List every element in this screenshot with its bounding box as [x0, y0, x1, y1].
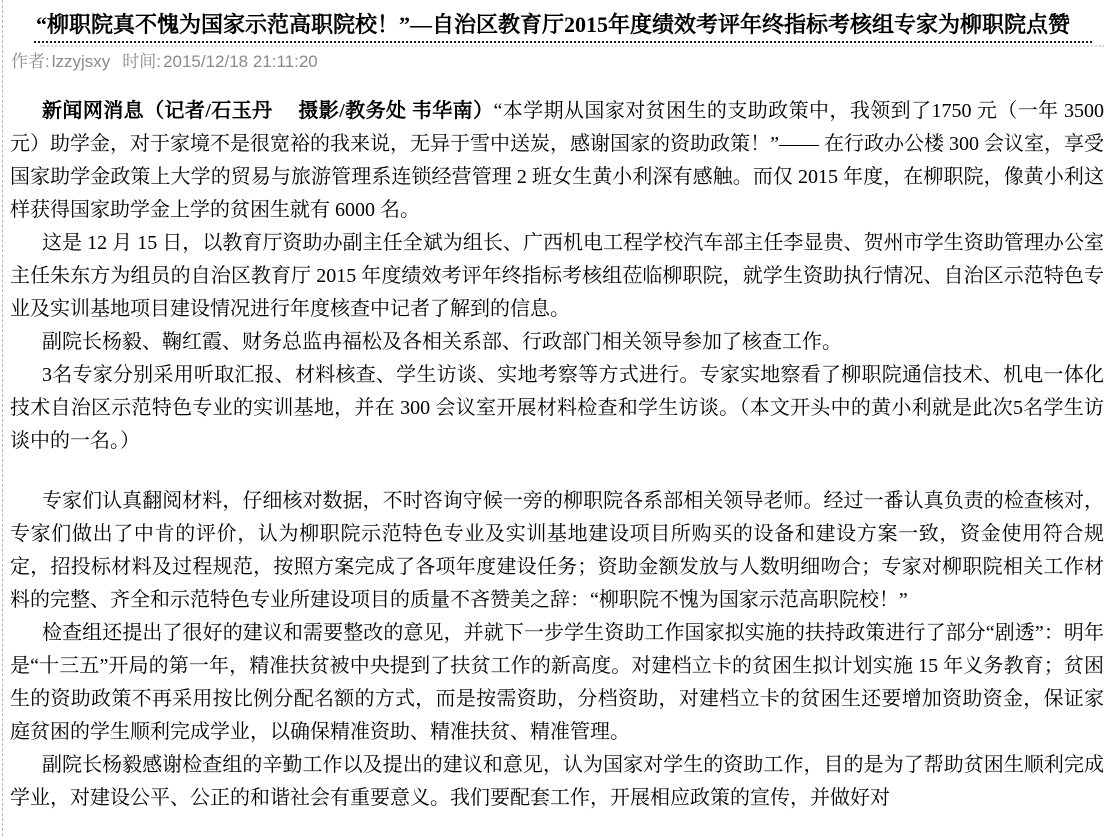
author-label: 作者:: [11, 52, 50, 71]
time-label: 时间:: [122, 52, 161, 71]
time-value: 2015/12/18 21:11:20: [163, 52, 318, 71]
paragraph-text: 3名专家分别采用听取汇报、材料核查、学生访谈、实地考察等方式进行。专家实地察看了…: [10, 364, 1104, 452]
paragraph: 专家们认真翻阅材料，仔细核对数据，不时咨询守候一旁的柳职院各系部相关领导老师。经…: [10, 485, 1104, 617]
title-separator: [10, 41, 1104, 49]
author-value: lzzyjsxy: [52, 52, 111, 71]
article-body: 新闻网消息（记者/石玉丹 摄影/教务处 韦华南）“本学期从国家对贫困生的支助政策…: [10, 95, 1104, 815]
paragraph-text: 检查组还提出了很好的建议和需要整改的意见，并就下一步学生资助工作国家拟实施的扶持…: [10, 622, 1104, 743]
article-title: “柳职院真不愧为国家示范高职院校！”—自治区教育厅2015年度绩效考评年终指标考…: [10, 10, 1090, 39]
paragraph-lead: 新闻网消息（记者/石玉丹 摄影/教务处 韦华南）: [42, 100, 493, 122]
article-page: “柳职院真不愧为国家示范高职院校！”—自治区教育厅2015年度绩效考评年终指标考…: [0, 0, 1112, 836]
page-left-dashed-border: [2, 0, 3, 836]
paragraph-text: 副院长杨毅、鞠红霞、财务总监冉福松及各相关系部、行政部门相关领导参加了核查工作。: [42, 331, 842, 353]
paragraph: 副院长杨毅、鞠红霞、财务总监冉福松及各相关系部、行政部门相关领导参加了核查工作。: [10, 326, 1104, 359]
title-separator-dotted-line: [34, 41, 1092, 43]
paragraph: 这是 12 月 15 日，以教育厅资助办副主任全斌为组长、广西机电工程学校汽车部…: [10, 227, 1104, 326]
paragraph-text: 副院长杨毅感谢检查组的辛勤工作以及提出的建议和意见，认为国家对学生的资助工作，目…: [10, 754, 1104, 809]
paragraph: 检查组还提出了很好的建议和需要整改的意见，并就下一步学生资助工作国家拟实施的扶持…: [10, 617, 1104, 749]
paragraph-text: 这是 12 月 15 日，以教育厅资助办副主任全斌为组长、广西机电工程学校汽车部…: [10, 232, 1104, 320]
article-meta: 作者:lzzyjsxy时间:2015/12/18 21:11:20: [11, 52, 1104, 72]
title-separator-shadow-line: [40, 45, 1104, 47]
paragraph: 新闻网消息（记者/石玉丹 摄影/教务处 韦华南）“本学期从国家对贫困生的支助政策…: [10, 95, 1104, 227]
paragraph: 副院长杨毅感谢检查组的辛勤工作以及提出的建议和意见，认为国家对学生的资助工作，目…: [10, 749, 1104, 815]
paragraph-text: 专家们认真翻阅材料，仔细核对数据，不时咨询守候一旁的柳职院各系部相关领导老师。经…: [10, 490, 1104, 611]
article-content: “柳职院真不愧为国家示范高职院校！”—自治区教育厅2015年度绩效考评年终指标考…: [10, 10, 1104, 815]
paragraph: 3名专家分别采用听取汇报、材料核查、学生访谈、实地考察等方式进行。专家实地察看了…: [10, 359, 1104, 458]
blank-line: [10, 458, 1104, 485]
